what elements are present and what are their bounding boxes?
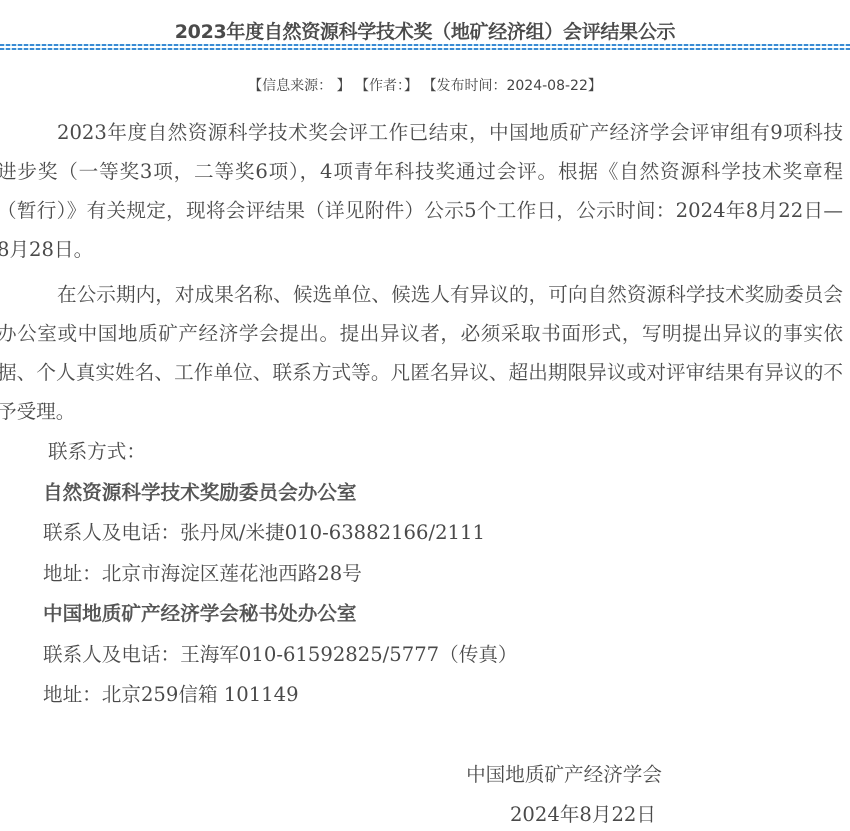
meta-published: 【发布时间：2024-08-22】: [422, 78, 601, 94]
signature-date: 2024年8月22日: [0, 795, 662, 831]
office-name-secretariat: 中国地质矿产经济学会秘书处办公室: [0, 594, 843, 635]
meta-source-label: 【信息来源：: [248, 78, 332, 94]
meta-source-close: 】: [337, 78, 351, 94]
signature-organization: 中国地质矿产经济学会: [0, 755, 662, 795]
article-meta: 【信息来源： 】 【作者：】 【发布时间：2024-08-22】: [0, 74, 850, 98]
office-name-committee: 自然资源科学技术奖励委员会办公室: [0, 473, 843, 514]
separator-dashed-line-top: [0, 44, 850, 46]
meta-published-close: 】: [588, 78, 602, 94]
separator-dashed-line-bottom: [0, 48, 850, 50]
signature-block: 中国地质矿产经济学会 2024年8月22日: [0, 755, 662, 831]
meta-author-label: 【作者：: [355, 78, 404, 94]
meta-author: 【作者：】: [355, 78, 418, 94]
article-body: 2023年度自然资源科学技术奖会评工作已结束，中国地质矿产经济学会评审组有9项科…: [0, 113, 843, 431]
office-phone-secretariat: 联系人及电话：王海军010-61592825/5777（传真）: [0, 635, 843, 676]
article-title: 2023年度自然资源科学技术奖（地矿经济组）会评结果公示: [0, 18, 850, 46]
contact-heading: 联系方式：: [0, 432, 843, 473]
office-address-secretariat: 地址：北京259信箱 101149: [0, 675, 843, 716]
contact-section: 联系方式： 自然资源科学技术奖励委员会办公室 联系人及电话：张丹凤/米捷010-…: [0, 432, 843, 716]
title-separator: [0, 43, 850, 52]
meta-source: 【信息来源： 】: [248, 78, 350, 94]
meta-author-close: 】: [404, 78, 418, 94]
paragraph-objection-policy: 在公示期内，对成果名称、候选单位、候选人有异议的，可向自然资源科学技术奖励委员会…: [0, 275, 843, 431]
meta-published-date: 2024-08-22: [506, 78, 587, 94]
office-address-committee: 地址：北京市海淀区莲花池西路28号: [0, 554, 843, 595]
paragraph-review-result: 2023年度自然资源科学技术奖会评工作已结束，中国地质矿产经济学会评审组有9项科…: [0, 113, 843, 269]
meta-published-label: 【发布时间：: [422, 78, 506, 94]
office-phone-committee: 联系人及电话：张丹凤/米捷010-63882166/2111: [0, 513, 843, 554]
